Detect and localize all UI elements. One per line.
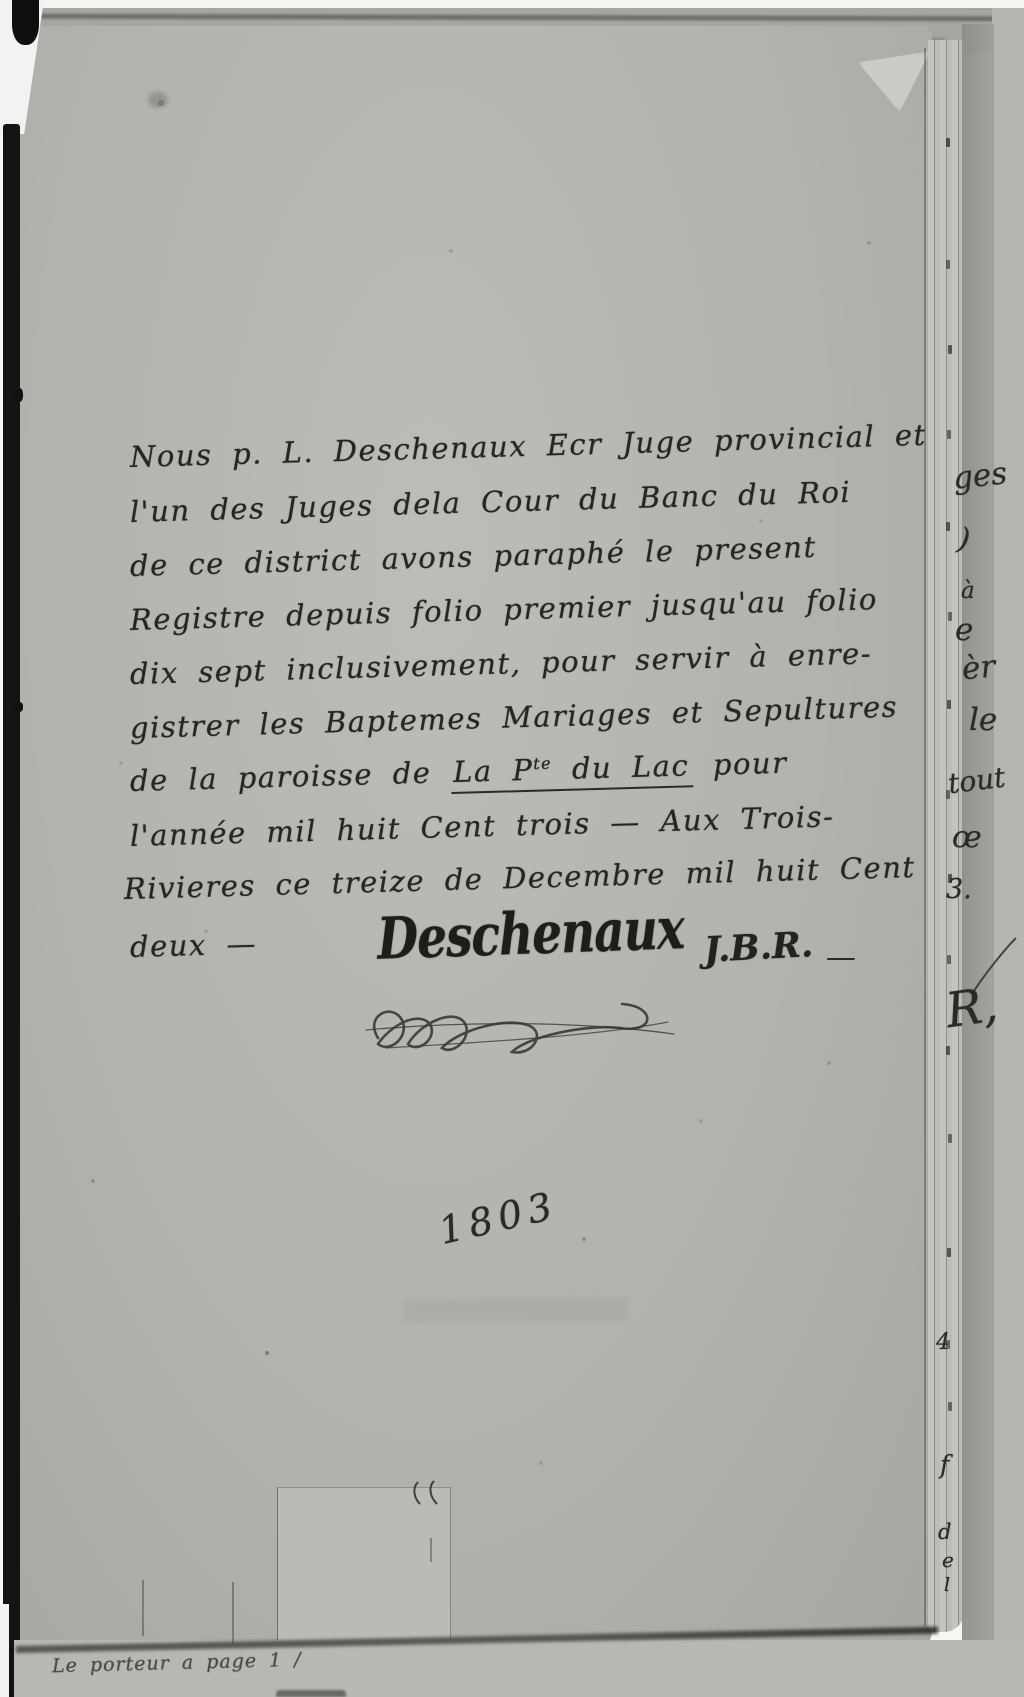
scanner-background-bottom-left: [0, 1604, 9, 1697]
binding-stitches: [946, 138, 950, 147]
parish-name-superscript: te: [533, 754, 552, 774]
margin-fragment: èr: [960, 649, 996, 688]
signature-dash: —: [826, 940, 856, 975]
page-corner-sliver: [276, 1690, 346, 1697]
facing-page-sliver: [992, 8, 1024, 1697]
ink-mark: [404, 1478, 446, 1508]
parish-name-part: La P: [453, 753, 534, 789]
page-edge-line: [924, 48, 926, 1626]
paper-crease: [142, 1580, 144, 1636]
book-spine-edge: [3, 124, 20, 1697]
spine-mark: [14, 388, 23, 402]
line-suffix: pour: [693, 746, 788, 783]
margin-fragment: e: [942, 1548, 954, 1572]
spine-mark: [12, 0, 39, 45]
margin-fragment: à: [961, 578, 975, 604]
parish-name-part: du Lac: [552, 748, 690, 786]
signature-paraph-flourish: [356, 996, 686, 1080]
scanned-register-page: ges ) à e èr le tout œ 3. R, 4 f d e l N…: [0, 0, 1024, 1697]
margin-fragment: ges: [951, 455, 1009, 496]
paper-crease: [430, 1538, 432, 1562]
faint-stamp: [404, 1297, 628, 1323]
manuscript-line: deux —: [130, 926, 258, 964]
margin-fragment: f: [940, 1450, 949, 1479]
spine-mark: [14, 702, 23, 712]
margin-fragment: 3.: [946, 874, 972, 905]
paper-patch: [277, 1487, 451, 1640]
ink-flourish: [968, 934, 1020, 998]
paper-stain: [148, 92, 168, 108]
margin-fragment: œ: [952, 820, 982, 855]
margin-fragment: le: [969, 702, 997, 738]
underlined-parish-name: La Pte du Lac: [451, 748, 694, 794]
margin-fragment: e: [955, 612, 973, 648]
margin-fragment: d: [938, 1520, 951, 1544]
margin-fragment: l: [944, 1574, 950, 1596]
margin-fragment: tout: [946, 761, 1007, 801]
signature-initials: J.B.R.: [703, 924, 814, 971]
paper-crease: [232, 1582, 234, 1644]
signature-deschenaux: Deschenaux: [376, 896, 685, 974]
margin-fragment: 4: [936, 1330, 950, 1355]
signature-row: Deschenaux J.B.R. —: [378, 916, 856, 971]
